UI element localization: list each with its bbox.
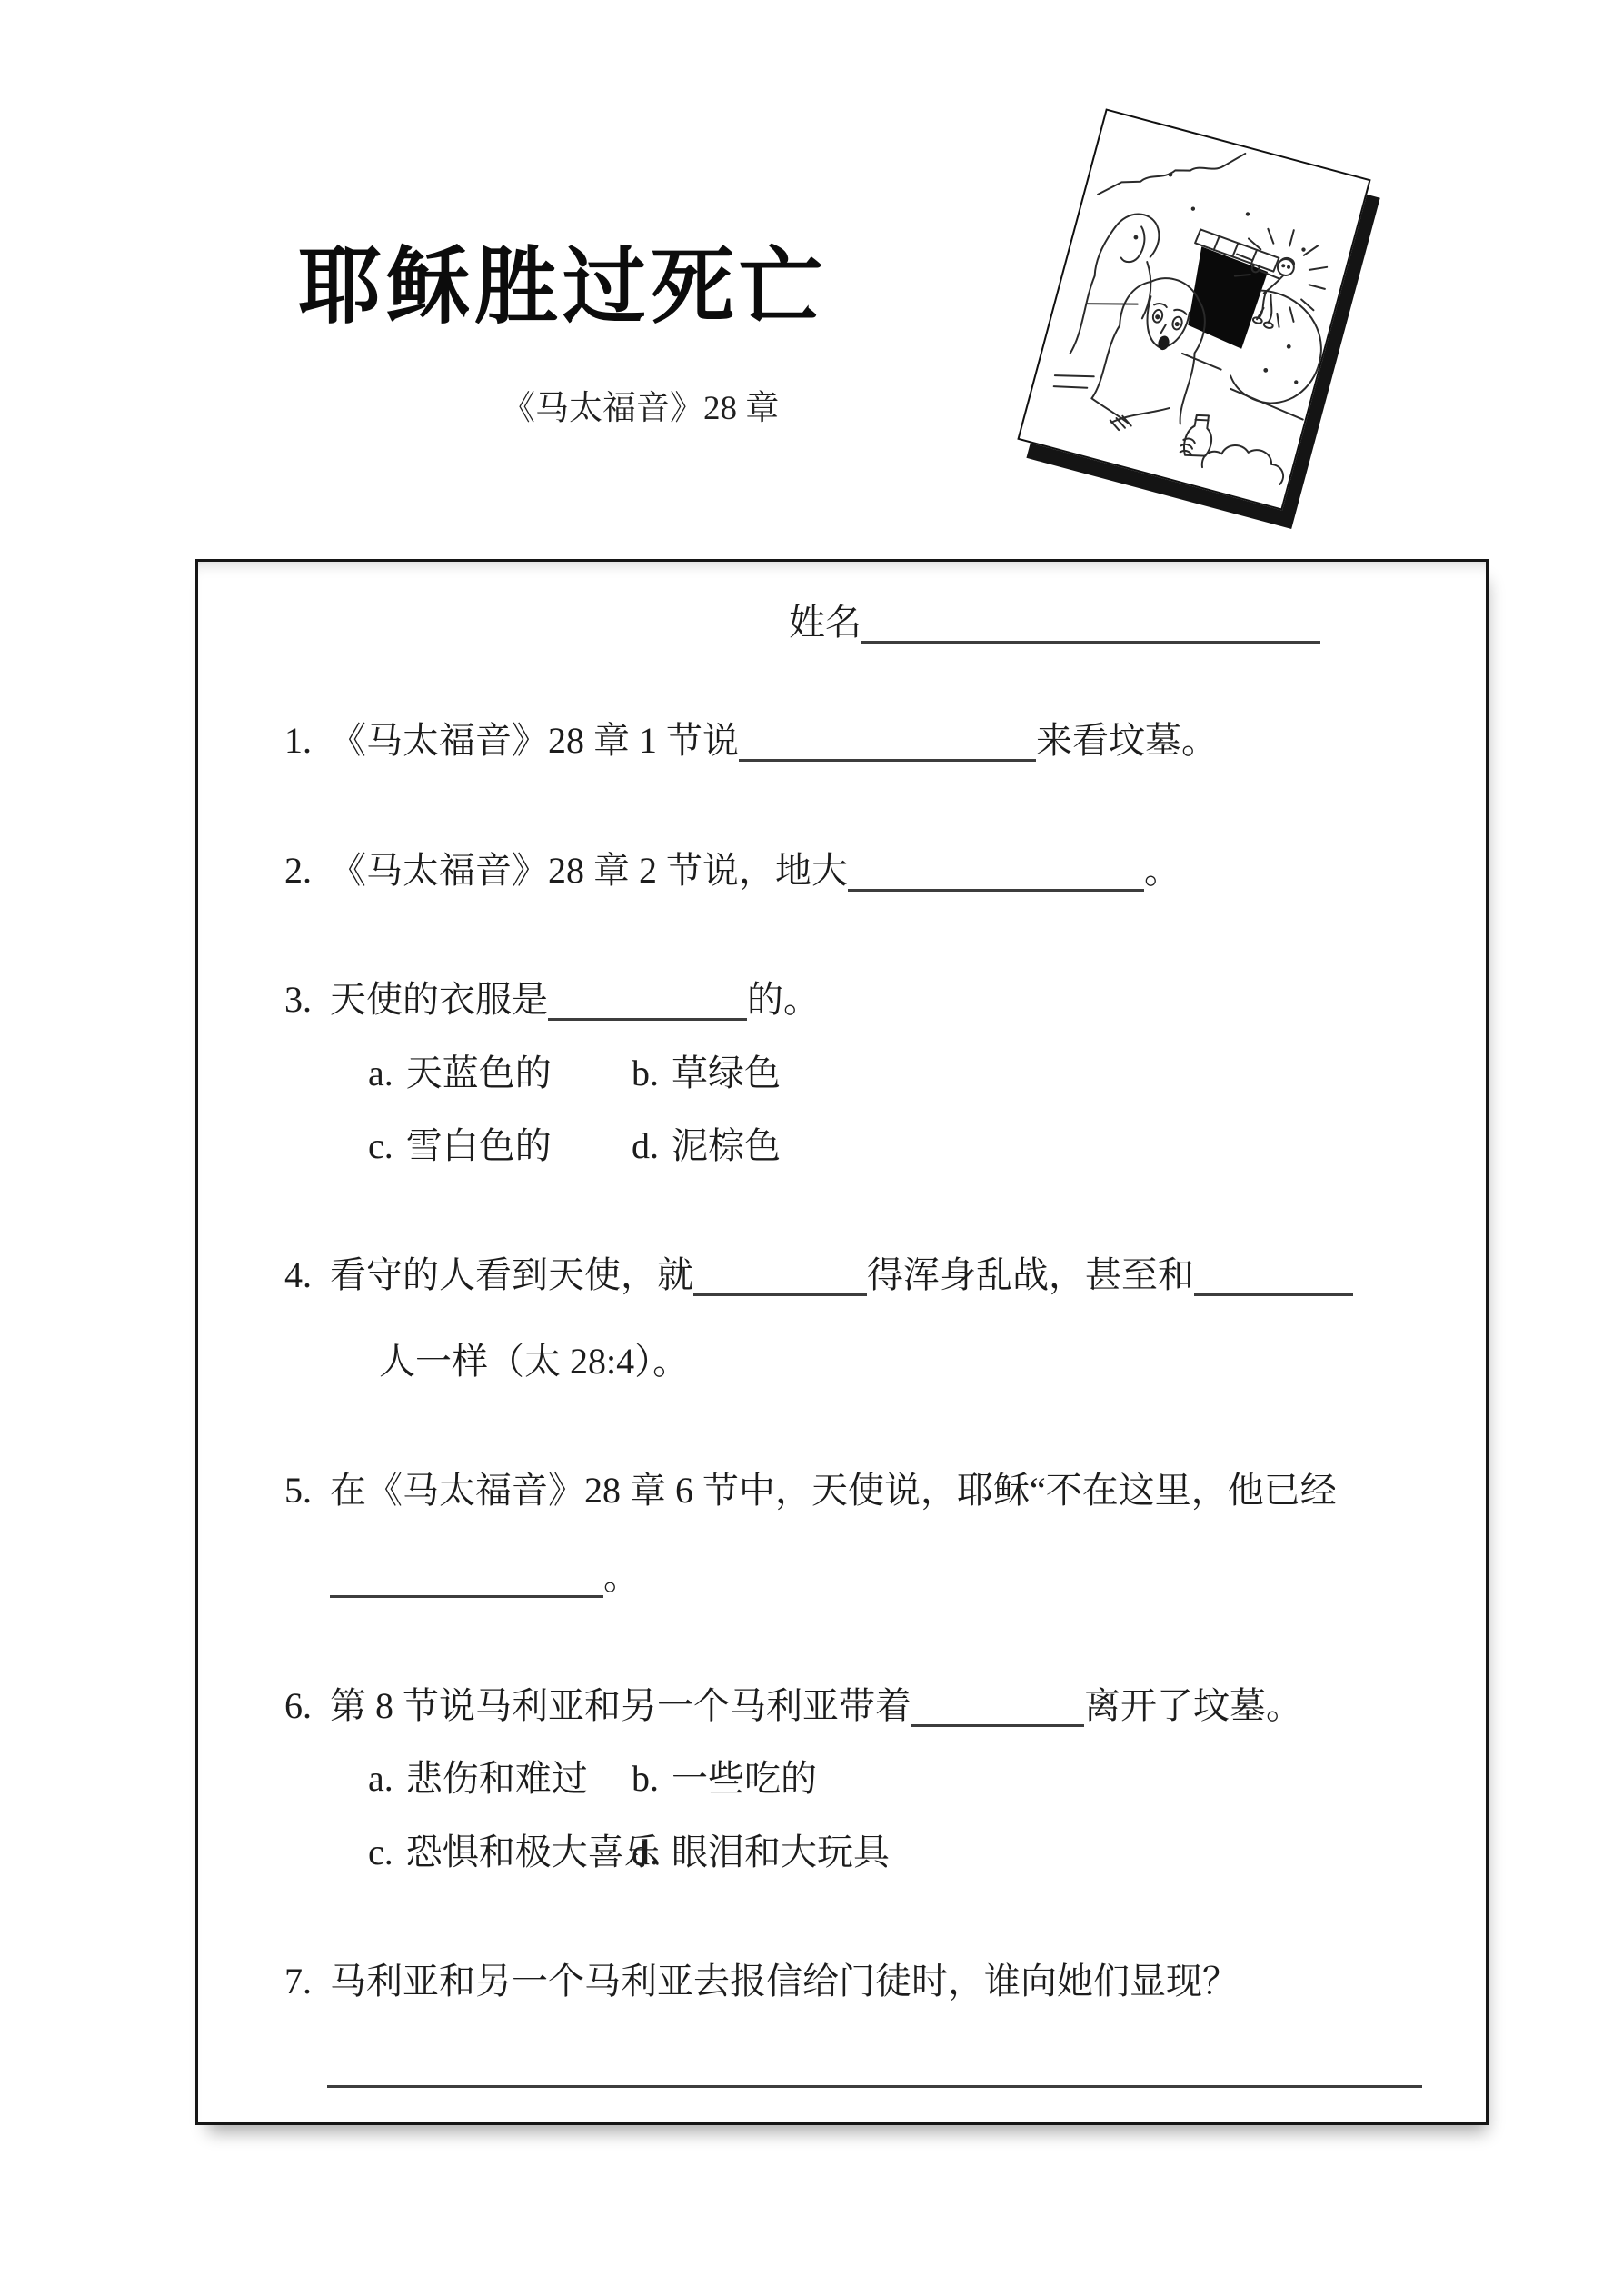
- question-text: 在《马太福音》28 章 6 节中，天使说，耶稣“不在这里，他已经: [330, 1470, 1337, 1511]
- question-text: 天使的衣服是: [330, 979, 548, 1020]
- worksheet-page: 耶稣胜过死亡 《马太福音》28 章: [0, 0, 1623, 2296]
- question-item: 5.在《马太福音》28 章 6 节中，天使说，耶稣“不在这里，他已经。: [284, 1470, 1386, 1598]
- options-grid: a.天蓝色的b.草绿色c.雪白色的d.泥棕色: [368, 1053, 781, 1168]
- question-text: 。: [1144, 850, 1180, 891]
- question-text: 离开了坟墓。: [1084, 1685, 1302, 1726]
- question-item: 1.《马太福音》28 章 1 节说来看坟墓。: [284, 720, 1386, 762]
- empty-tomb-scene-icon: [1020, 111, 1369, 508]
- answer-option[interactable]: b.草绿色: [632, 1053, 781, 1094]
- fill-in-blank[interactable]: [548, 991, 747, 1021]
- page-title: 耶稣胜过死亡: [298, 220, 827, 340]
- option-letter: c.: [368, 1125, 393, 1167]
- option-text: 雪白色的: [406, 1125, 552, 1166]
- question-text: 。: [603, 1556, 640, 1597]
- question-line: 6.第 8 节说马利亚和另一个马利亚带着离开了坟墓。: [284, 1685, 1386, 1727]
- answer-option[interactable]: d.眼泪和大玩具: [632, 1832, 890, 1873]
- question-text: 《马太福音》28 章 2 节说，地大: [330, 850, 848, 891]
- option-letter: b.: [632, 1053, 659, 1094]
- worksheet-box: 姓名 1.《马太福音》28 章 1 节说来看坟墓。2.《马太福音》28 章 2 …: [195, 559, 1489, 2125]
- question-list: 1.《马太福音》28 章 1 节说来看坟墓。2.《马太福音》28 章 2 节说，…: [284, 720, 1386, 2088]
- question-line: 。: [330, 1556, 1386, 1598]
- fill-in-blank[interactable]: [848, 862, 1144, 892]
- question-number: 7.: [284, 1961, 330, 2002]
- question-number: 6.: [284, 1685, 330, 1727]
- fill-in-blank[interactable]: [330, 1568, 603, 1598]
- answer-option[interactable]: d.泥棕色: [632, 1125, 781, 1167]
- question-text: 第 8 节说马利亚和另一个马利亚带着: [330, 1685, 911, 1726]
- fill-in-blank[interactable]: [739, 732, 1036, 762]
- question-item: 6.第 8 节说马利亚和另一个马利亚带着离开了坟墓。a.悲伤和难过b.一些吃的c…: [284, 1685, 1386, 1873]
- option-text: 眼泪和大玩具: [672, 1832, 890, 1872]
- question-text: 看守的人看到天使，就: [330, 1254, 693, 1295]
- tomb-illustration: [1017, 108, 1370, 510]
- fill-in-blank[interactable]: [327, 2058, 1422, 2088]
- answer-option[interactable]: c.雪白色的: [368, 1125, 632, 1167]
- question-text: 马利亚和另一个马利亚去报信给门徒时，谁向她们显现？: [330, 1961, 1239, 2002]
- question-line: 人一样（太 28:4）。: [379, 1341, 1386, 1383]
- question-text: 的。: [747, 979, 820, 1020]
- fill-in-blank[interactable]: [1194, 1266, 1353, 1296]
- question-number: 4.: [284, 1254, 330, 1296]
- question-item: 7.马利亚和另一个马利亚去报信给门徒时，谁向她们显现？: [284, 1961, 1386, 2089]
- question-text: 《马太福音》28 章 1 节说: [330, 720, 739, 761]
- question-number: 1.: [284, 720, 330, 762]
- question-number: 2.: [284, 850, 330, 892]
- option-letter: d.: [632, 1832, 659, 1873]
- question-text: 得浑身乱战，甚至和: [867, 1254, 1194, 1295]
- tomb-illustration-card: [1017, 108, 1370, 510]
- question-line: 7.马利亚和另一个马利亚去报信给门徒时，谁向她们显现？: [284, 1961, 1386, 2002]
- name-row: 姓名: [789, 602, 1386, 644]
- option-letter: a.: [368, 1758, 393, 1800]
- question-number: 5.: [284, 1470, 330, 1512]
- option-letter: a.: [368, 1053, 393, 1094]
- question-line: 2.《马太福音》28 章 2 节说，地大。: [284, 850, 1386, 892]
- question-text: 来看坟墓。: [1036, 720, 1218, 761]
- scripture-reference: 《马太福音》28 章: [502, 380, 779, 429]
- option-letter: c.: [368, 1832, 393, 1873]
- answer-option[interactable]: a.悲伤和难过: [368, 1758, 632, 1800]
- option-text: 草绿色: [672, 1053, 781, 1093]
- option-text: 一些吃的: [672, 1758, 817, 1799]
- option-letter: b.: [632, 1758, 659, 1800]
- option-text: 恐惧和极大喜乐: [406, 1832, 661, 1872]
- question-item: 3.天使的衣服是的。a.天蓝色的b.草绿色c.雪白色的d.泥棕色: [284, 979, 1386, 1167]
- question-item: 2.《马太福音》28 章 2 节说，地大。: [284, 850, 1386, 892]
- question-item: 4.看守的人看到天使，就得浑身乱战，甚至和人一样（太 28:4）。: [284, 1254, 1386, 1383]
- name-blank-field[interactable]: [861, 614, 1320, 644]
- answer-option[interactable]: a.天蓝色的: [368, 1053, 632, 1094]
- question-line: 1.《马太福音》28 章 1 节说来看坟墓。: [284, 720, 1386, 762]
- option-text: 悲伤和难过: [406, 1758, 588, 1799]
- options-grid: a.悲伤和难过b.一些吃的c.恐惧和极大喜乐d.眼泪和大玩具: [368, 1758, 890, 1873]
- answer-option[interactable]: c.恐惧和极大喜乐: [368, 1832, 632, 1873]
- option-text: 天蓝色的: [406, 1053, 552, 1093]
- question-number: 3.: [284, 979, 330, 1021]
- question-line: 4.看守的人看到天使，就得浑身乱战，甚至和: [284, 1254, 1386, 1296]
- option-letter: d.: [632, 1125, 659, 1167]
- question-line: 3.天使的衣服是的。: [284, 979, 1386, 1021]
- question-line: 5.在《马太福音》28 章 6 节中，天使说，耶稣“不在这里，他已经: [284, 1470, 1386, 1512]
- question-line: [327, 2046, 1386, 2088]
- fill-in-blank[interactable]: [693, 1266, 867, 1296]
- option-text: 泥棕色: [672, 1125, 781, 1166]
- fill-in-blank[interactable]: [911, 1697, 1084, 1727]
- question-text: 人一样（太 28:4）。: [379, 1341, 689, 1382]
- name-label: 姓名: [789, 602, 861, 643]
- answer-option[interactable]: b.一些吃的: [632, 1758, 890, 1800]
